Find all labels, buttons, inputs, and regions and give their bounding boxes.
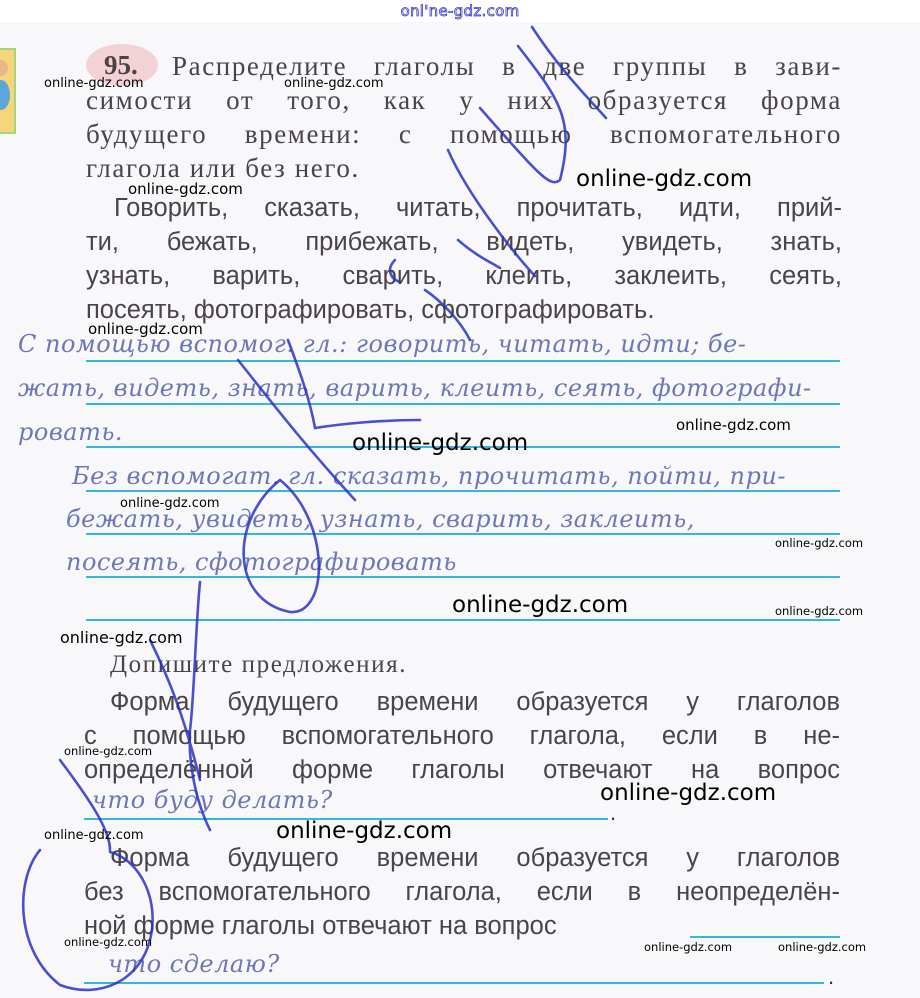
sentence-line: с помощью вспомогательного глагола, если…: [84, 720, 840, 752]
watermark: online-gdz.com: [88, 320, 203, 338]
watermark: online-gdz.com: [576, 166, 752, 192]
watermark: online-gdz.com: [64, 935, 152, 949]
task-line: симости от того, как у них образуется фо…: [86, 84, 842, 117]
watermark: online-gdz.com: [676, 416, 791, 434]
answer-rule: [86, 619, 840, 621]
watermark: online-gdz.com: [600, 780, 776, 806]
sentence-line: Форма будущего времени образуется у глаг…: [110, 686, 840, 718]
answer-rule: [86, 576, 840, 578]
handwritten-answer: Без вспомогат. гл. сказать, прочитать, п…: [72, 462, 786, 490]
sentence-line: Форма будущего времени образуется у глаг…: [110, 842, 840, 874]
subtask-title: Допишите предложения.: [110, 648, 407, 681]
watermark: online-gdz.com: [352, 430, 528, 456]
answer-rule: [86, 360, 840, 362]
watermark: online-gdz.com: [44, 828, 144, 843]
verb-line: узнать, варить, сварить, клеить, заклеит…: [86, 260, 842, 292]
watermark: online-gdz.com: [120, 496, 220, 511]
answer-rule: [86, 403, 840, 405]
sentence-line: без вспомогательного глагола, если в нео…: [84, 876, 840, 908]
verb-line: ти, бежать, прибежать, видеть, увидеть, …: [86, 226, 842, 258]
watermark: online-gdz.com: [284, 76, 384, 91]
watermark: online-gdz.com: [276, 818, 452, 844]
handwritten-answer: посеять, сфотографировать: [66, 548, 457, 576]
watermark: online-gdz.com: [452, 592, 628, 618]
task-line: будущего времени: с помощью вспомогатель…: [86, 118, 842, 151]
answer-rule: [84, 982, 824, 984]
watermark: online-gdz.com: [44, 76, 144, 91]
answer-rule: [86, 533, 840, 535]
illustration-icon: [0, 48, 16, 134]
watermark: online-gdz.com: [644, 940, 732, 954]
sentence2-answer: что сделаю?: [108, 950, 280, 978]
watermark: online-gdz.com: [775, 604, 863, 618]
watermark: online-gdz.com: [128, 180, 243, 198]
handwritten-answer: ровать.: [18, 418, 123, 446]
sentence1-answer: что буду делать?: [92, 786, 333, 814]
task-line: Распределите глаголы в две группы в зави…: [172, 50, 842, 83]
answer-rule: [86, 490, 840, 492]
watermark: online-gdz.com: [778, 940, 866, 954]
watermark: online-gdz.com: [60, 628, 183, 647]
watermark: online-gdz.com: [64, 744, 152, 758]
header-watermark: onl'ne-gdz.com: [0, 0, 920, 22]
sentence2-period: .: [828, 964, 834, 990]
sentence-line: ной форме глаголы отвечают на вопрос: [84, 910, 557, 942]
answer-rule: [690, 936, 840, 938]
handwritten-answer: жать, видеть, знать, варить, клеить, сея…: [18, 374, 812, 402]
watermark: online-gdz.com: [775, 536, 863, 550]
